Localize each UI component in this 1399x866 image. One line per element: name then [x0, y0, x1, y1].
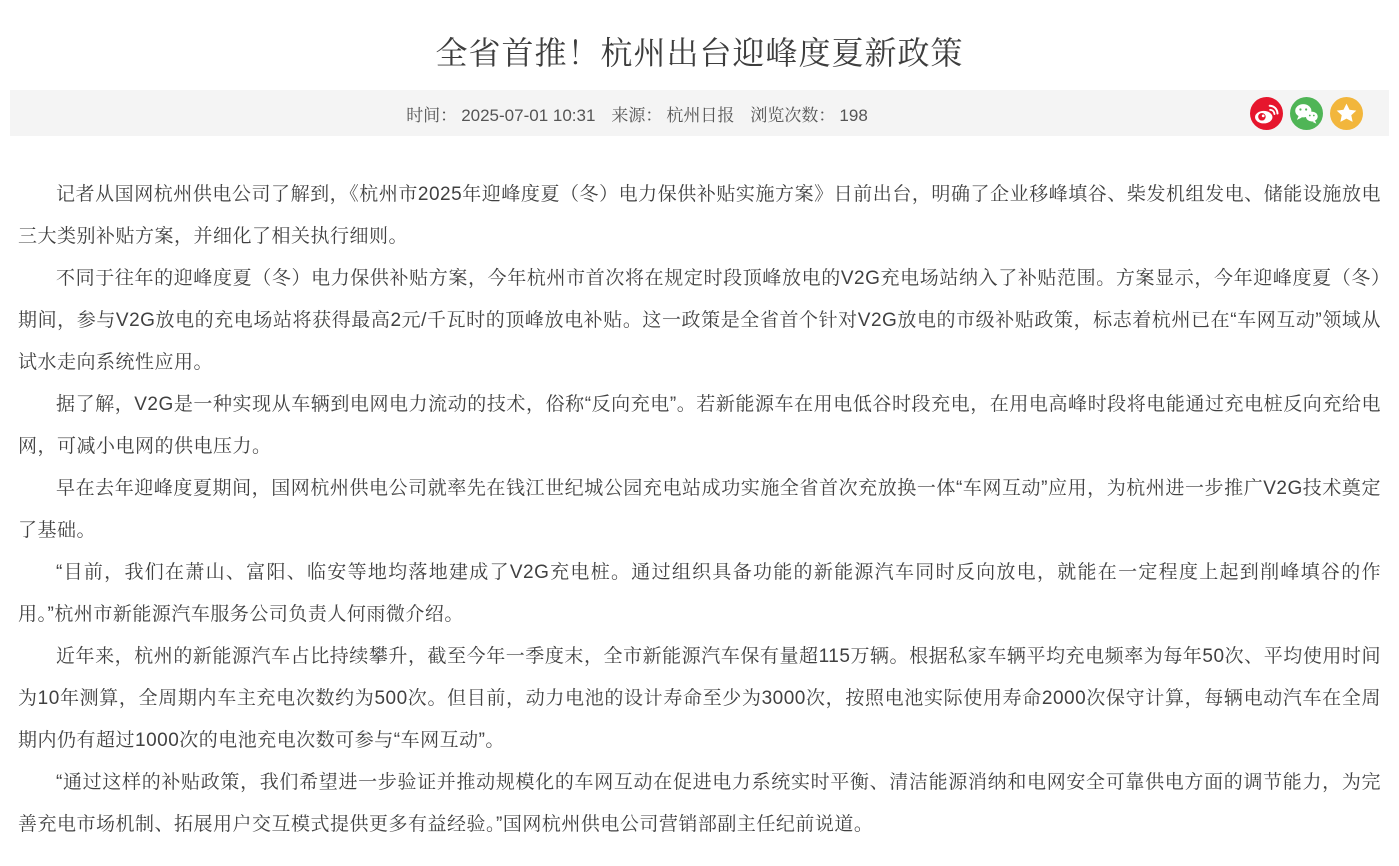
meta-time-label: 时间： [406, 106, 457, 125]
meta-source-label: 来源： [611, 106, 662, 125]
paragraph: 不同于往年的迎峰度夏（冬）电力保供补贴方案，今年杭州市首次将在规定时段顶峰放电的… [18, 258, 1381, 384]
article-page: 全省首推！杭州出台迎峰度夏新政策 时间：2025-07-01 10:31来源：杭… [0, 0, 1399, 866]
qzone-share-button[interactable] [1330, 97, 1363, 130]
meta-views-label: 浏览次数： [750, 106, 835, 125]
meta-info: 时间：2025-07-01 10:31来源：杭州日报浏览次数：198 [24, 101, 1250, 126]
meta-time-value: 2025-07-01 10:31 [461, 106, 595, 125]
article-body: 记者从国网杭州供电公司了解到，《杭州市2025年迎峰度夏（冬）电力保供补贴实施方… [0, 136, 1399, 866]
wechat-icon [1290, 97, 1323, 130]
paragraph: 早在去年迎峰度夏期间，国网杭州供电公司就率先在钱江世纪城公园充电站成功实施全省首… [18, 468, 1381, 552]
meta-views-value: 198 [839, 106, 867, 125]
wechat-share-button[interactable] [1290, 97, 1323, 130]
page-title: 全省首推！杭州出台迎峰度夏新政策 [0, 0, 1399, 90]
paragraph: 记者从国网杭州供电公司了解到，《杭州市2025年迎峰度夏（冬）电力保供补贴实施方… [18, 174, 1381, 258]
weibo-share-button[interactable] [1250, 97, 1283, 130]
paragraph: “通过这样的补贴政策，我们希望进一步验证并推动规模化的车网互动在促进电力系统实时… [18, 762, 1381, 846]
weibo-icon [1250, 97, 1283, 130]
paragraph: 近年来，杭州的新能源汽车占比持续攀升，截至今年一季度末，全市新能源汽车保有量超1… [18, 636, 1381, 762]
share-icons [1250, 97, 1375, 130]
meta-source-value: 杭州日报 [666, 106, 734, 125]
paragraph: 据了解，V2G是一种实现从车辆到电网电力流动的技术，俗称“反向充电”。若新能源车… [18, 384, 1381, 468]
qzone-icon [1330, 97, 1363, 130]
paragraph: “目前，我们在萧山、富阳、临安等地均落地建成了V2G充电桩。通过组织具备功能的新… [18, 552, 1381, 636]
meta-bar: 时间：2025-07-01 10:31来源：杭州日报浏览次数：198 [10, 90, 1389, 136]
